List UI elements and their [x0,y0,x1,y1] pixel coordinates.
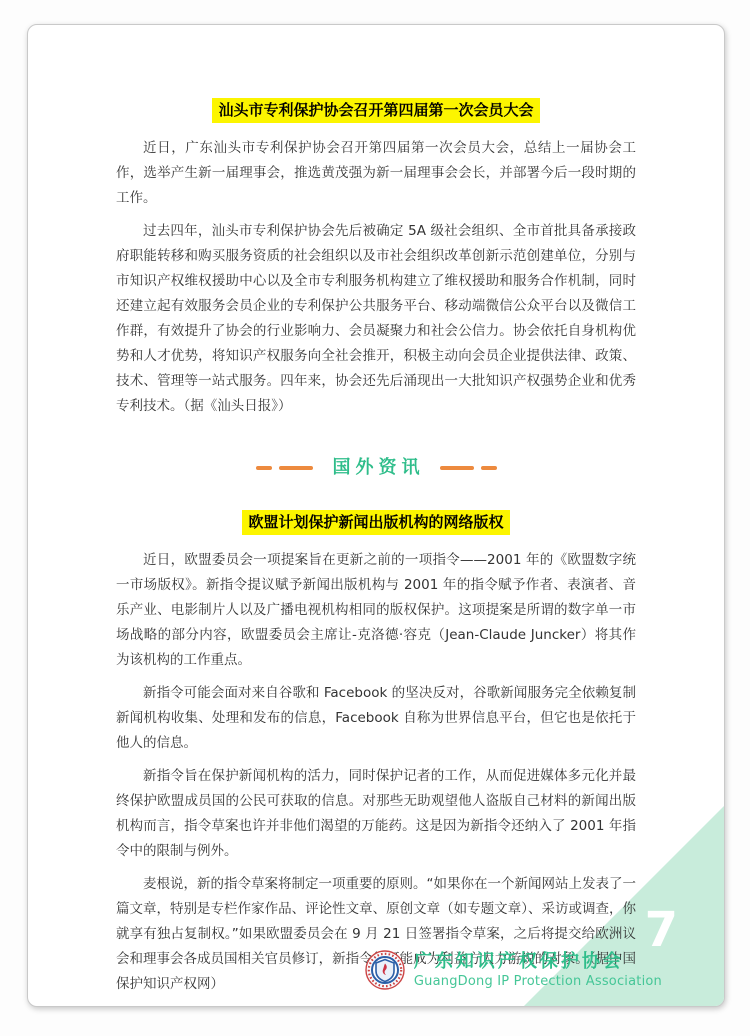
footer-org-name: 广东知识产权保护协会 GuangDong IP Protection Assoc… [414,951,662,990]
footer: 广东知识产权保护协会 GuangDong IP Protection Assoc… [365,950,662,990]
article2-paragraph-2: 新指令可能会面对来自谷歌和 Facebook 的坚决反对，谷歌新闻服务完全依赖复… [116,681,636,756]
section-divider-label: 国外资讯 [333,455,425,480]
org-name-english: GuangDong IP Protection Association [414,974,662,989]
article2-title-text: 欧盟计划保护新闻出版机构的网络版权 [242,510,509,535]
article1-paragraph-2: 过去四年，汕头市专利保护协会先后被确定 5A 级社会组织、全市首批具备承接政府职… [116,219,636,419]
page-content: 汕头市专利保护协会召开第四届第一次会员大会 近日，广东汕头市专利保护协会召开第四… [28,98,724,997]
org-name-chinese: 广东知识产权保护协会 [414,951,662,973]
document-page: 7 汕头市专利保护协会召开第四届第一次会员大会 近日，广东汕头市专利保护协会召开… [27,24,725,1007]
article1-paragraph-1: 近日，广东汕头市专利保护协会召开第四届第一次会员大会，总结上一届协会工作，选举产… [116,136,636,211]
divider-dash-icon [256,466,272,470]
divider-dash-icon [481,466,497,470]
section-divider: 国外资讯 [116,455,636,480]
association-emblem-icon [365,950,405,990]
divider-dash-icon [440,466,474,470]
article2-paragraph-3: 新指令旨在保护新闻机构的活力，同时保护记者的工作，从而促进媒体多元化并最终保护欧… [116,764,636,864]
article1-title: 汕头市专利保护协会召开第四届第一次会员大会 [116,98,636,124]
page-background: 7 汕头市专利保护协会召开第四届第一次会员大会 近日，广东汕头市专利保护协会召开… [0,0,750,1036]
divider-dash-icon [279,466,313,470]
article2-title: 欧盟计划保护新闻出版机构的网络版权 [116,510,636,536]
article1-title-text: 汕头市专利保护协会召开第四届第一次会员大会 [212,98,539,123]
article2-paragraph-1: 近日，欧盟委员会一项提案旨在更新之前的一项指令——2001 年的《欧盟数字统一市… [116,548,636,673]
